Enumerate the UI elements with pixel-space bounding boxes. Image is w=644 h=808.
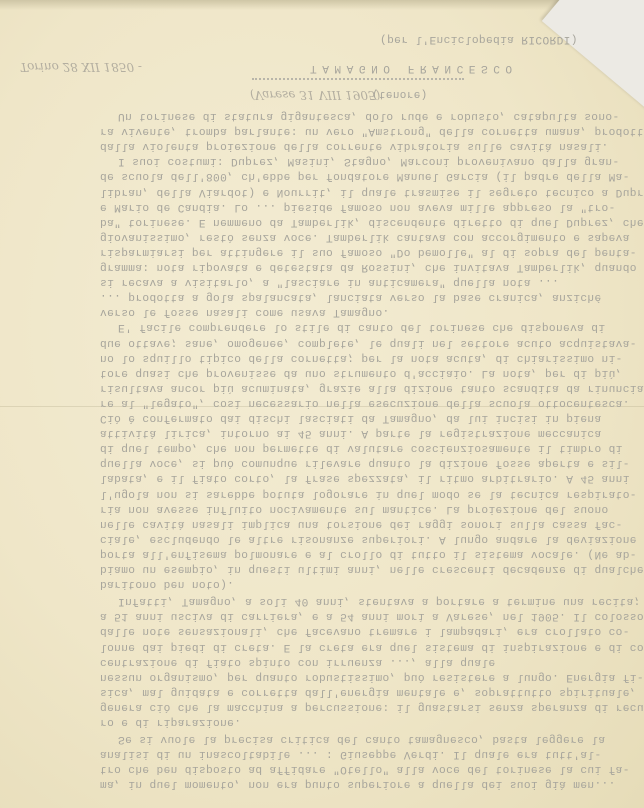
title-underline	[252, 78, 464, 82]
body-line: due ottave; sane, omogenee, complete, le…	[100, 337, 637, 349]
role-label: (tenore)	[372, 88, 428, 100]
body-line: quella voce, si può comunque rilevare qu…	[100, 457, 630, 469]
body-line: ria non avesse influito nocivamente sul …	[100, 503, 609, 515]
body-line: Infatti, Tamagno, a soli 40 anni, stenta…	[118, 595, 641, 607]
folded-corner	[542, 0, 644, 111]
handwritten-death-date: (Varese 31 VIII 1905)	[250, 88, 380, 102]
body-line: genera ciò che la macchina a percussione…	[100, 701, 644, 713]
body-line: tore quasi che provenisse da uno strumen…	[100, 367, 623, 379]
body-line: di quel tempo, che non permette di valut…	[100, 442, 623, 454]
body-line: no lo squillo tipico della cornetta; per…	[100, 352, 623, 364]
body-line: dalle note sensazionali, che facevano tr…	[100, 625, 630, 637]
body-line: nessun organismo, per quanto robustissim…	[100, 671, 644, 683]
body-line: nelle cavità nasali implica una torsione…	[100, 518, 623, 530]
body-line: ra vivente, tromba parlante: un vero "Am…	[100, 125, 644, 137]
body-line: Ciò è confermato dai dischi lasciati da …	[100, 412, 602, 424]
handwritten-birth-date: Torino 28 XII 1850 -	[20, 60, 142, 74]
body-line: ma, in quel momento, non era punto super…	[100, 778, 623, 790]
body-line: labata, e il fiato corto, la frase spezz…	[100, 472, 630, 484]
body-line: E' facile comprendere lo stile di canto …	[118, 321, 605, 333]
body-line: porta all'enfisema polmonare e al crollo…	[100, 548, 637, 560]
body-line: analisi di un inascoltabile ... : Giusep…	[100, 748, 602, 760]
body-line: attività lirica, intorno ai 45 anni. A p…	[100, 427, 602, 439]
body-line: ciale, escludendo le altre risonanze sup…	[100, 533, 637, 545]
body-line: l'ugola non si sarebbe potuta logorare i…	[100, 488, 637, 500]
body-line: sica, mal guidata e corretta dall'energi…	[100, 686, 637, 698]
body-line: si recava a visitarlo, a "lasciare in an…	[100, 276, 559, 288]
header-note: (per l'Enciclopedia RICORDI)	[380, 33, 578, 45]
body-line: e Mario de Candia. Lo ... pieside famoso…	[100, 201, 616, 213]
body-line: tro che ben disposto ad affidare "Otello…	[100, 763, 630, 775]
body-line: dalla violenta proiezione della corrente…	[100, 140, 609, 152]
body-line: ro e di riparazione.	[100, 716, 241, 728]
body-line: risultava ancor più acuminata, grazie al…	[100, 382, 644, 394]
body-line: verso le fosse nasali come usava Tamagno…	[100, 306, 390, 318]
body-line: biamo un esempio, in questi ultimi anni,…	[100, 563, 644, 575]
body-line: Un torinese di statura gigantesca, dolo …	[118, 110, 620, 122]
body-line: risparmiarsi per attingere il suo famoso…	[100, 246, 637, 258]
body-line: ba" torinese. E nemmeno da Tamberlik, di…	[100, 216, 644, 228]
body-line: lonne dai piedi di creta. E la creta era…	[100, 641, 644, 653]
body-line: de scuola dell'800, ch'ebbe per fondator…	[100, 170, 630, 182]
body-line: I suoi costumi: Duprez, Masini, Stagno, …	[118, 155, 620, 167]
document-page: (per l'Enciclopedia RICORDI) Torino 28 X…	[0, 0, 644, 808]
body-line: re al "legato", così necessario nella es…	[100, 397, 630, 409]
body-line: gramma: nota ripovata e detestata da Ros…	[100, 261, 637, 273]
body-line: ... prodotta a gola spalancata, lanciata…	[100, 291, 602, 303]
body-line: giovanissimo, restò senza voce. Tamberli…	[100, 231, 630, 243]
body-line: a 51 anni usciva di carriera, e a 54 ann…	[100, 610, 644, 622]
body-line: libran, della Viardot) e Nourrit, il qua…	[100, 186, 644, 198]
page-top-shadow	[0, 0, 644, 10]
body-line: centrazione di fiato spinto con irruenza…	[100, 656, 496, 668]
document-title: TAMAGNO FRANCESCO	[310, 62, 518, 74]
body-line: Se si vuole la precisa critica del canto…	[118, 733, 605, 745]
body-line: baritono ben noto).	[100, 578, 234, 590]
